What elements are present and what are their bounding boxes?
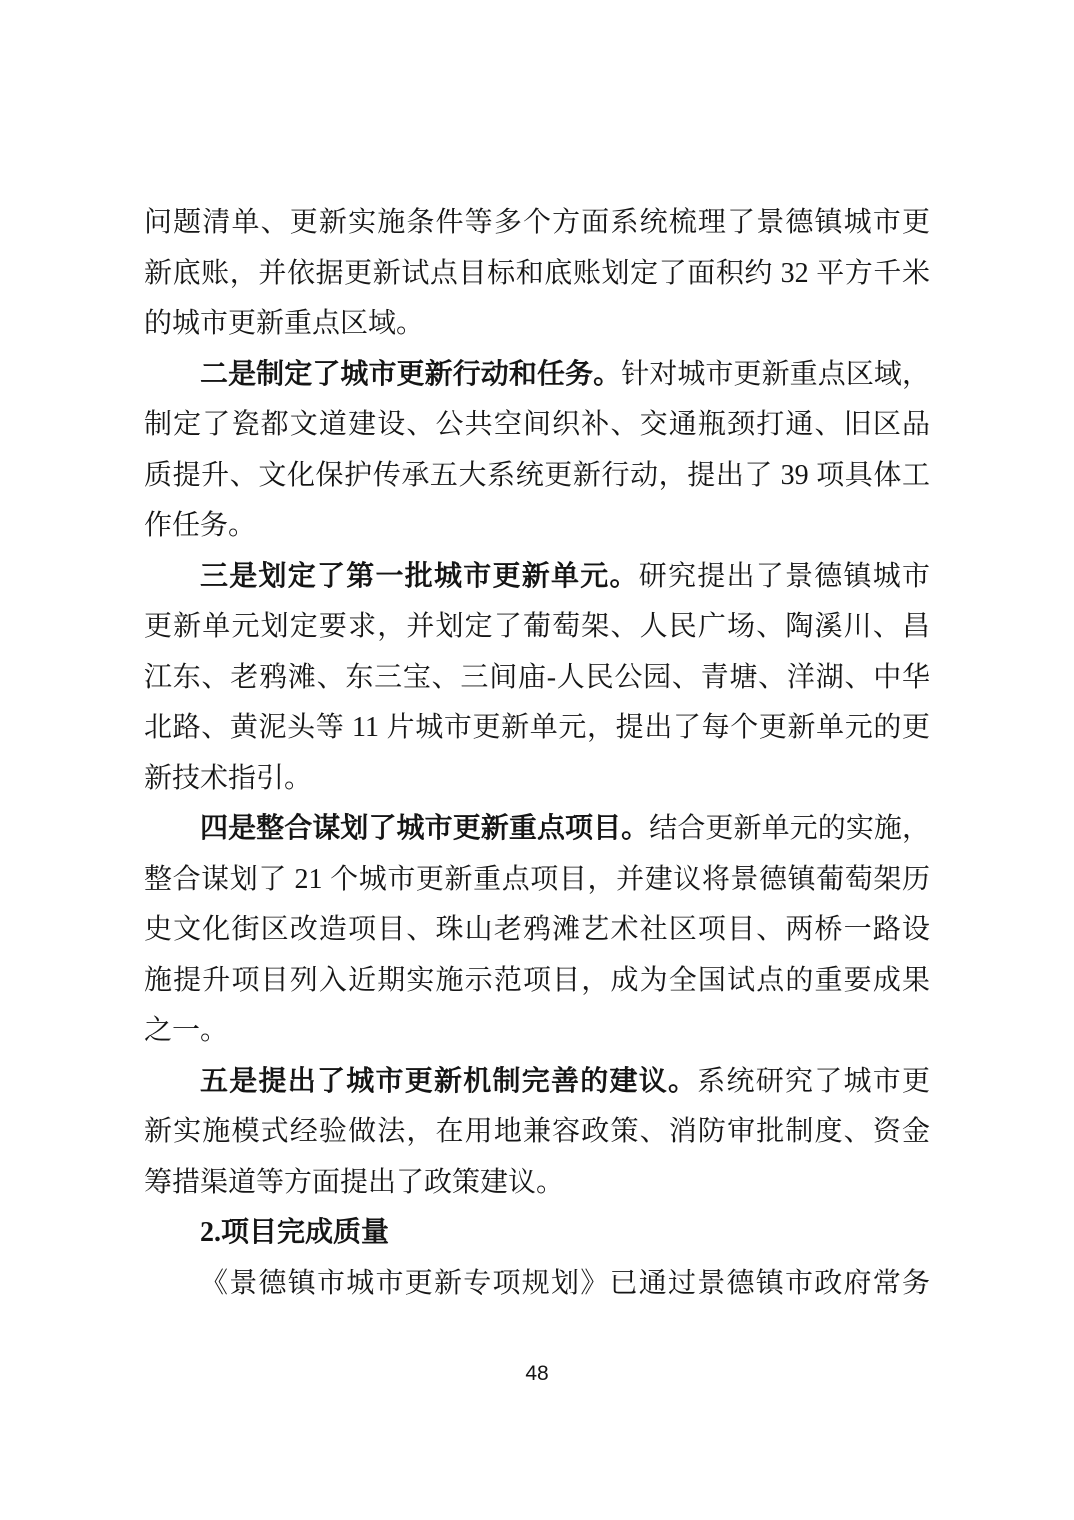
text-line: 《景德镇市城市更新专项规划》已通过景德镇市政府常务 <box>144 1259 930 1310</box>
line-text: 《景德镇市城市更新专项规划》已通过景德镇市政府常务 <box>200 1268 930 1299</box>
line-text: 结合更新单元的实施， <box>649 813 930 844</box>
bold-lead: 三是划定了第一批城市更新单元。 <box>200 561 639 592</box>
text-line: 史文化街区改造项目、珠山老鸦滩艺术社区项目、两桥一路设 <box>144 905 930 956</box>
text-line: 新技术指引。 <box>144 754 930 805</box>
bold-lead: 四是整合谋划了城市更新重点项目。 <box>200 813 649 844</box>
line-text: 制定了瓷都文道建设、公共空间织补、交通瓶颈打通、旧区品 <box>144 409 930 440</box>
text-line: 更新单元划定要求，并划定了葡萄架、人民广场、陶溪川、昌 <box>144 602 930 653</box>
line-text: 整合谋划了 21 个城市更新重点项目，并建议将景德镇葡萄架历 <box>144 864 930 895</box>
text-line: 问题清单、更新实施条件等多个方面系统梳理了景德镇城市更 <box>144 198 930 249</box>
text-line: 新底账，并依据更新试点目标和底账划定了面积约 32 平方千米 <box>144 249 930 300</box>
line-text: 研究提出了景德镇城市 <box>639 561 930 592</box>
text-line: 施提升项目列入近期实施示范项目，成为全国试点的重要成果 <box>144 956 930 1007</box>
text-line: 制定了瓷都文道建设、公共空间织补、交通瓶颈打通、旧区品 <box>144 400 930 451</box>
line-text: 史文化街区改造项目、珠山老鸦滩艺术社区项目、两桥一路设 <box>144 914 930 945</box>
line-text: 问题清单、更新实施条件等多个方面系统梳理了景德镇城市更 <box>144 207 930 238</box>
line-text: 之一。 <box>144 1015 228 1046</box>
text-line: 之一。 <box>144 1006 930 1057</box>
line-text: 新底账，并依据更新试点目标和底账划定了面积约 32 平方千米 <box>144 258 930 289</box>
bold-lead: 五是提出了城市更新机制完善的建议。 <box>200 1066 697 1097</box>
paragraph: 五是提出了城市更新机制完善的建议。系统研究了城市更新实施模式经验做法，在用地兼容… <box>144 1057 930 1209</box>
text-line: 五是提出了城市更新机制完善的建议。系统研究了城市更 <box>144 1057 930 1108</box>
line-text: 作任务。 <box>144 510 256 541</box>
bold-lead: 二是制定了城市更新行动和任务。 <box>200 359 621 390</box>
text-line: 质提升、文化保护传承五大系统更新行动，提出了 39 项具体工 <box>144 451 930 502</box>
page-number: 48 <box>0 1362 1074 1386</box>
text-line: 四是整合谋划了城市更新重点项目。结合更新单元的实施， <box>144 804 930 855</box>
line-text: 筹措渠道等方面提出了政策建议。 <box>144 1167 564 1198</box>
text-line: 的城市更新重点区域。 <box>144 299 930 350</box>
paragraph: 三是划定了第一批城市更新单元。研究提出了景德镇城市更新单元划定要求，并划定了葡萄… <box>144 552 930 805</box>
document-body: 问题清单、更新实施条件等多个方面系统梳理了景德镇城市更新底账，并依据更新试点目标… <box>144 198 930 1309</box>
line-text: 江东、老鸦滩、东三宝、三间庙-人民公园、青塘、洋湖、中华 <box>144 662 930 693</box>
paragraph: 问题清单、更新实施条件等多个方面系统梳理了景德镇城市更新底账，并依据更新试点目标… <box>144 198 930 350</box>
text-line: 筹措渠道等方面提出了政策建议。 <box>144 1158 930 1209</box>
line-text: 更新单元划定要求，并划定了葡萄架、人民广场、陶溪川、昌 <box>144 611 930 642</box>
section-heading: 2.项目完成质量 <box>144 1208 930 1259</box>
text-line: 江东、老鸦滩、东三宝、三间庙-人民公园、青塘、洋湖、中华 <box>144 653 930 704</box>
line-text: 新技术指引。 <box>144 763 312 794</box>
paragraph: 《景德镇市城市更新专项规划》已通过景德镇市政府常务 <box>144 1259 930 1310</box>
bold-lead: 2.项目完成质量 <box>200 1217 389 1248</box>
line-text: 北路、黄泥头等 11 片城市更新单元，提出了每个更新单元的更 <box>144 712 930 743</box>
text-line: 三是划定了第一批城市更新单元。研究提出了景德镇城市 <box>144 552 930 603</box>
text-line: 二是制定了城市更新行动和任务。针对城市更新重点区域， <box>144 350 930 401</box>
text-line: 2.项目完成质量 <box>144 1208 930 1259</box>
text-line: 北路、黄泥头等 11 片城市更新单元，提出了每个更新单元的更 <box>144 703 930 754</box>
document-page: 问题清单、更新实施条件等多个方面系统梳理了景德镇城市更新底账，并依据更新试点目标… <box>0 0 1074 1520</box>
text-line: 作任务。 <box>144 501 930 552</box>
text-line: 整合谋划了 21 个城市更新重点项目，并建议将景德镇葡萄架历 <box>144 855 930 906</box>
text-line: 新实施模式经验做法，在用地兼容政策、消防审批制度、资金 <box>144 1107 930 1158</box>
line-text: 系统研究了城市更 <box>697 1066 930 1097</box>
paragraph: 四是整合谋划了城市更新重点项目。结合更新单元的实施，整合谋划了 21 个城市更新… <box>144 804 930 1057</box>
line-text: 针对城市更新重点区域， <box>621 359 930 390</box>
line-text: 的城市更新重点区域。 <box>144 308 424 339</box>
line-text: 质提升、文化保护传承五大系统更新行动，提出了 39 项具体工 <box>144 460 930 491</box>
paragraph: 二是制定了城市更新行动和任务。针对城市更新重点区域，制定了瓷都文道建设、公共空间… <box>144 350 930 552</box>
line-text: 施提升项目列入近期实施示范项目，成为全国试点的重要成果 <box>144 965 930 996</box>
line-text: 新实施模式经验做法，在用地兼容政策、消防审批制度、资金 <box>144 1116 930 1147</box>
